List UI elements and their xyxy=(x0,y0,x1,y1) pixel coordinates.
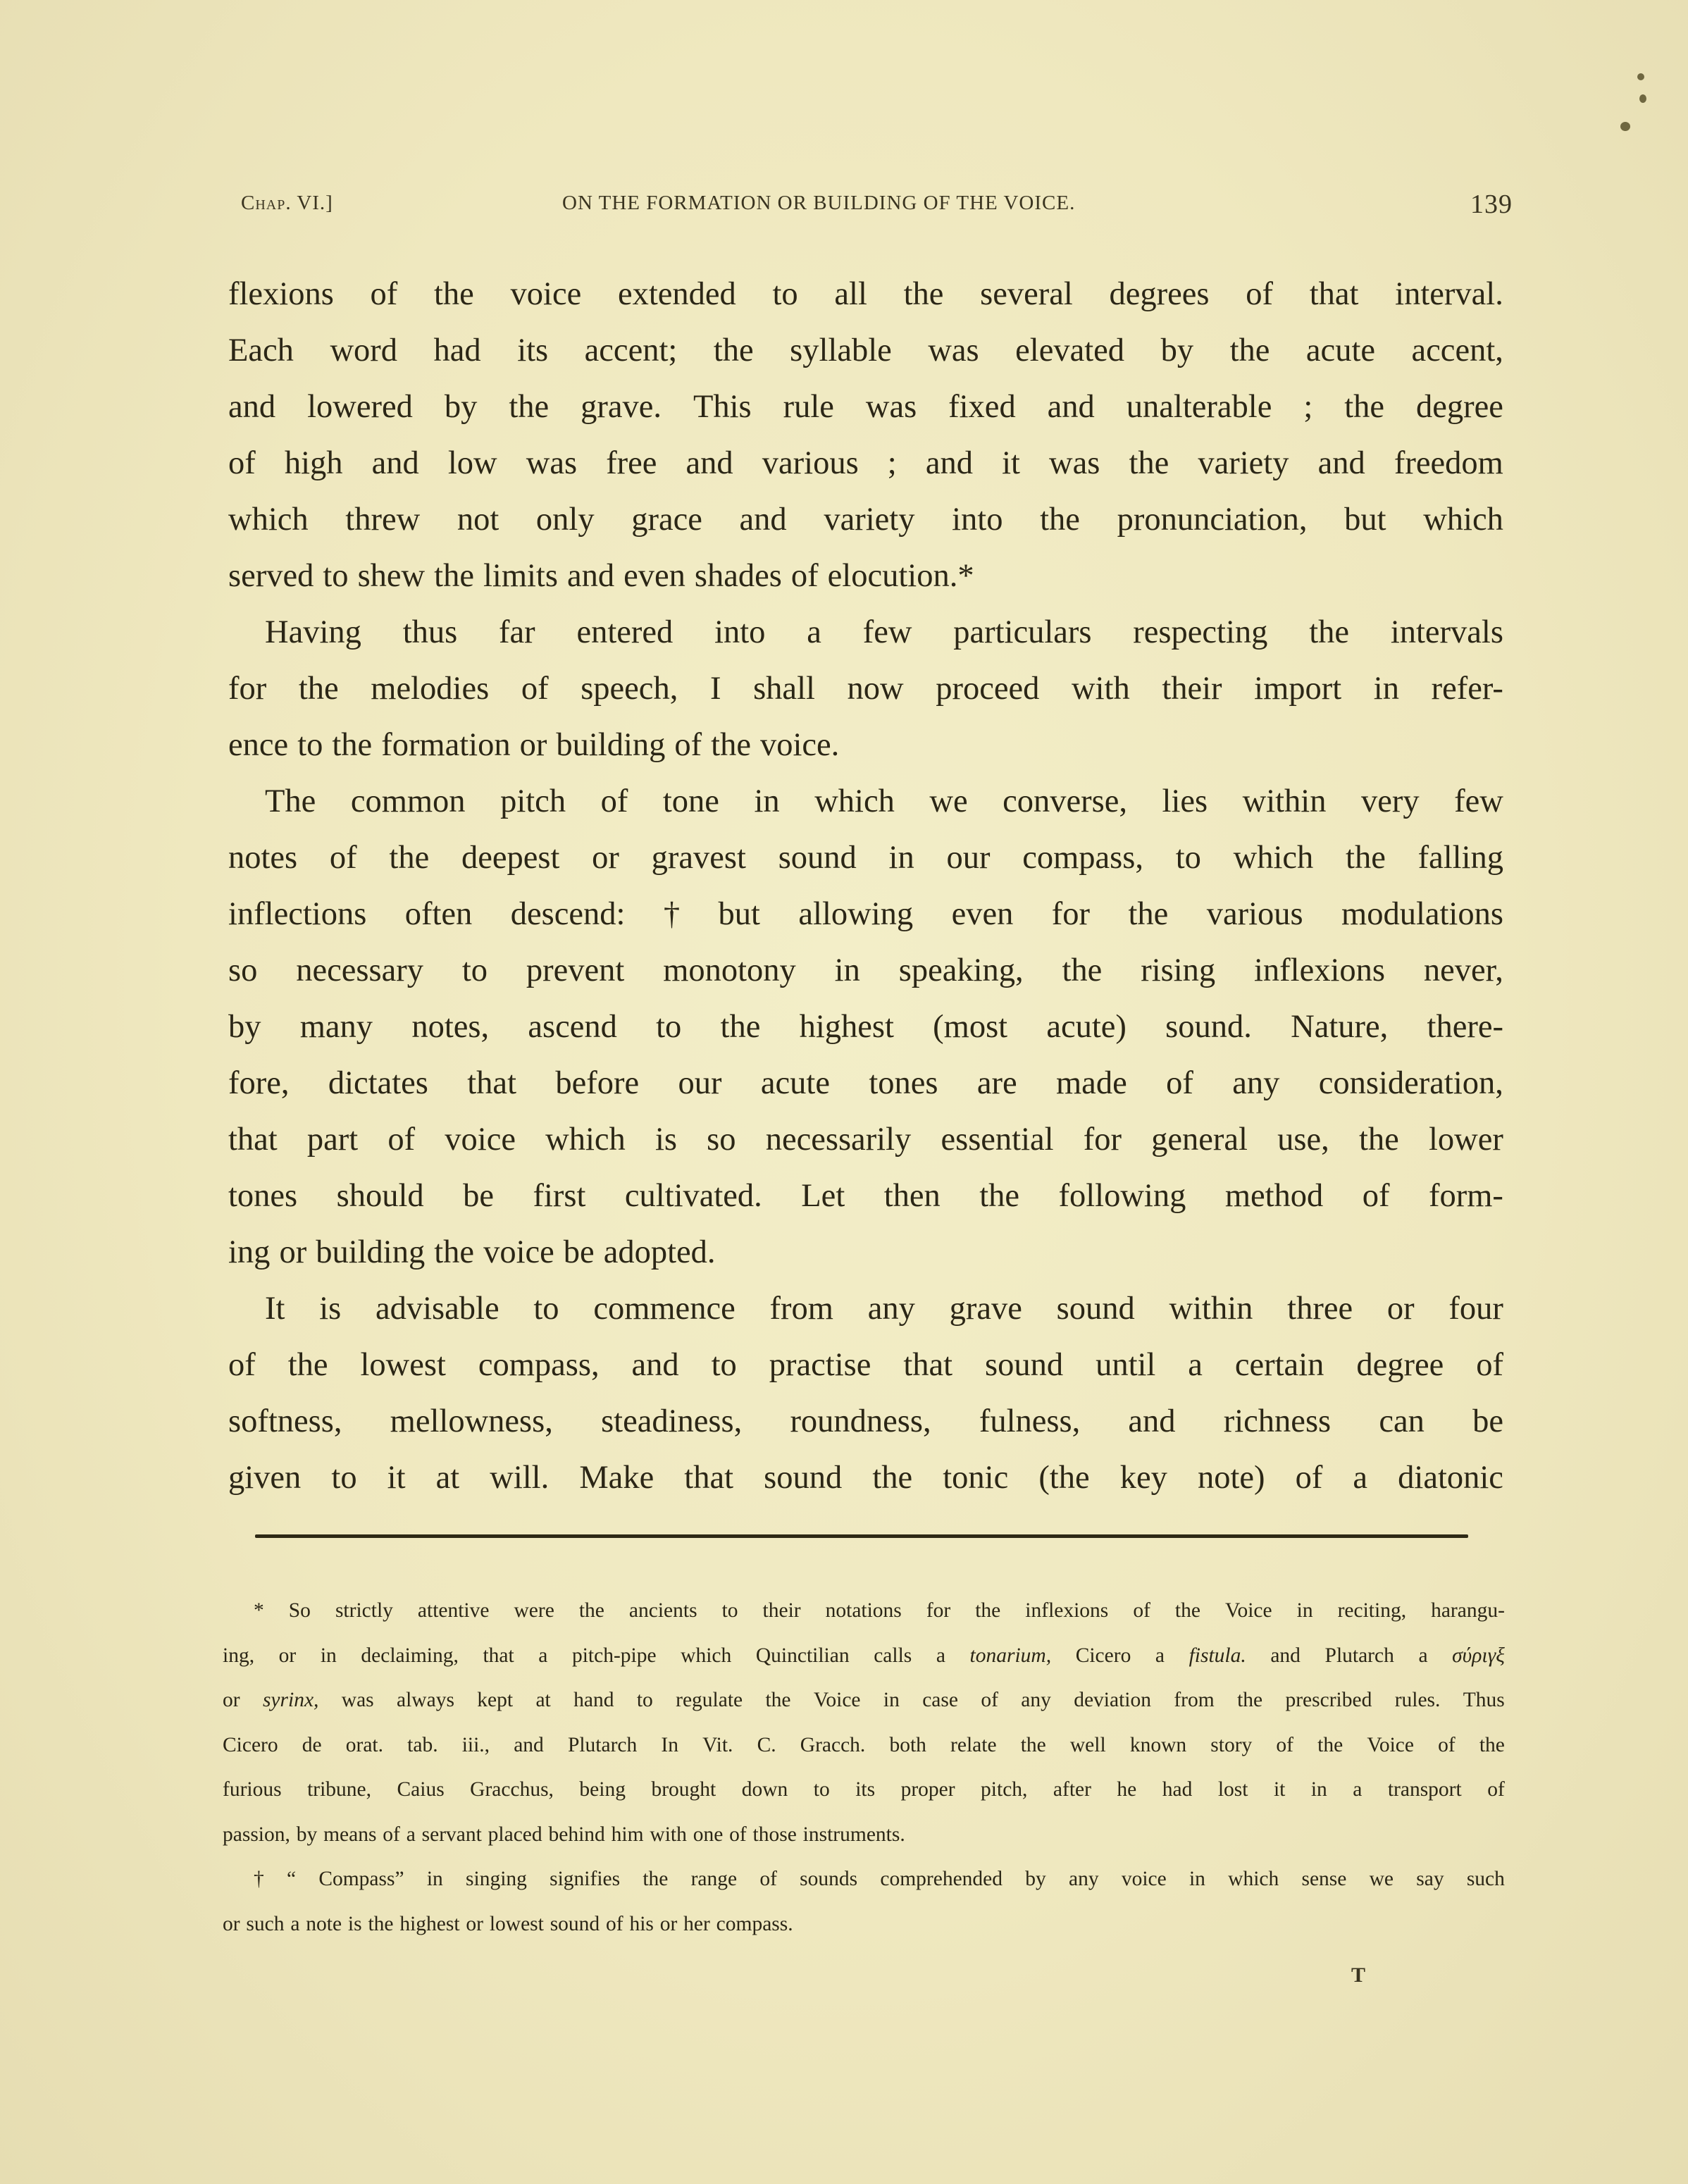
body-word: † xyxy=(664,886,680,943)
body-word: notes, xyxy=(411,999,489,1055)
body-word: falling xyxy=(1418,830,1503,886)
footnote-word: Vit. xyxy=(702,1723,733,1768)
body-word: of xyxy=(674,717,702,774)
body-word: freedom xyxy=(1394,435,1503,492)
footnote-word: Plutarch xyxy=(1325,1634,1394,1679)
body-word: elevated xyxy=(1015,323,1124,379)
body-word: within xyxy=(1169,1281,1253,1337)
body-word: grave xyxy=(950,1281,1022,1337)
body-word: rising xyxy=(1141,943,1215,999)
body-word: tone xyxy=(663,774,719,830)
body-word: of xyxy=(1296,1450,1323,1506)
body-word: very xyxy=(1361,774,1420,830)
footnote-word: of xyxy=(759,1857,777,1902)
body-word: to xyxy=(462,943,488,999)
body-word: ; xyxy=(1303,379,1312,435)
footnote-word: any xyxy=(1069,1857,1099,1902)
chapter-label: Chap. VI.] xyxy=(241,192,333,215)
footnote-word: iii., xyxy=(462,1723,490,1768)
body-word: the xyxy=(711,717,751,774)
body-word: the xyxy=(1359,1112,1399,1168)
body-word: sound xyxy=(778,830,857,886)
footnote-word: known xyxy=(1130,1723,1186,1768)
body-word: and xyxy=(228,379,275,435)
body-word: general xyxy=(1151,1112,1248,1168)
footnote-word: orat. xyxy=(346,1723,383,1768)
body-word: threw xyxy=(345,492,420,548)
body-word: was xyxy=(526,435,577,492)
body-word: rule xyxy=(783,379,834,435)
body-line: Itisadvisabletocommencefromanygravesound… xyxy=(228,1281,1503,1337)
body-word: steadiness, xyxy=(601,1394,742,1450)
footnote-word: story xyxy=(1210,1723,1252,1768)
body-word: speaking, xyxy=(899,943,1024,999)
body-word: several xyxy=(980,266,1073,323)
body-word: the xyxy=(509,379,549,435)
body-word: and xyxy=(1128,1394,1175,1450)
footnote-word: calls xyxy=(874,1634,912,1679)
footnote-line: *Sostrictlyattentiveweretheancientstothe… xyxy=(223,1589,1505,1634)
body-word: low xyxy=(448,435,497,492)
body-word: key xyxy=(1120,1450,1167,1506)
footnote-word: pitch, xyxy=(981,1768,1027,1813)
footnote-word: a xyxy=(407,1813,416,1858)
footnote-word: he xyxy=(1117,1768,1136,1813)
footnote-word: tribune, xyxy=(307,1768,371,1813)
body-word: to xyxy=(656,999,681,1055)
body-word: made xyxy=(1056,1055,1127,1112)
body-word: until xyxy=(1096,1337,1155,1394)
body-word: pronunciation, xyxy=(1117,492,1308,548)
body-word: Each xyxy=(228,323,294,379)
body-word: three xyxy=(1287,1281,1353,1337)
body-line: ingorbuildingthevoicebeadopted. xyxy=(228,1224,1503,1281)
body-word: advisable xyxy=(376,1281,499,1337)
body-word: never, xyxy=(1424,943,1503,999)
footnote-word: regulate xyxy=(676,1678,743,1723)
body-word: building xyxy=(556,717,665,774)
footnote-word: de xyxy=(302,1723,322,1768)
body-word: use, xyxy=(1277,1112,1329,1168)
footnote-line: passion,bymeansofaservantplacedbehindhim… xyxy=(223,1813,1505,1858)
body-word: sound xyxy=(764,1450,842,1506)
footnote-word: to xyxy=(814,1768,830,1813)
body-word: note) xyxy=(1198,1450,1265,1506)
footnote-word: was xyxy=(342,1678,374,1723)
footnote-word: by xyxy=(1025,1857,1046,1902)
footnote-word: * xyxy=(254,1589,264,1634)
footnote-word: a xyxy=(936,1634,945,1679)
body-word: compass, xyxy=(1022,830,1143,886)
body-word: and xyxy=(686,435,733,492)
body-word: cultivated. xyxy=(625,1168,762,1224)
footnote-word: notations xyxy=(826,1589,902,1634)
body-word: speech, xyxy=(581,661,678,717)
body-word: many xyxy=(300,999,373,1055)
body-word: following xyxy=(1059,1168,1186,1224)
footnote-word: a xyxy=(1418,1634,1427,1679)
body-word: and xyxy=(567,548,614,604)
body-line: ofhighandlowwasfreeandvarious;anditwasth… xyxy=(228,435,1503,492)
body-word: It xyxy=(265,1281,285,1337)
page-number: 139 xyxy=(1470,189,1513,220)
body-word: the xyxy=(1062,943,1103,999)
footnote-word: Gracchus, xyxy=(470,1768,554,1813)
body-word: with xyxy=(1072,661,1130,717)
footnote-word: his xyxy=(629,1902,653,1947)
body-word: for xyxy=(1052,886,1090,943)
body-word: the xyxy=(1309,604,1349,661)
body-word: ence xyxy=(228,717,288,774)
footnote-word: the xyxy=(643,1857,668,1902)
body-word: and xyxy=(1048,379,1095,435)
footnote-word: sound xyxy=(550,1902,600,1947)
body-word: before xyxy=(555,1055,639,1112)
body-word: it xyxy=(387,1450,406,1506)
footnote-word: in xyxy=(1297,1589,1313,1634)
footnote-word: a xyxy=(290,1902,299,1947)
footnote-word: or xyxy=(223,1678,240,1723)
body-word: then xyxy=(884,1168,941,1224)
body-word: the xyxy=(1040,492,1080,548)
body-word: four xyxy=(1448,1281,1503,1337)
footnote-word: the xyxy=(765,1678,790,1723)
body-word: Nature, xyxy=(1291,999,1388,1055)
footnote-word: which xyxy=(681,1634,731,1679)
footnote-word: Gracch. xyxy=(800,1723,866,1768)
footnote-word: compass. xyxy=(716,1902,793,1947)
body-word: compass, xyxy=(478,1337,600,1394)
body-word: limits xyxy=(483,548,558,604)
footnote-word: voice xyxy=(1122,1857,1167,1902)
footnote-word: in xyxy=(321,1634,337,1679)
footnote-word: kept xyxy=(477,1678,513,1723)
footnote-word: for xyxy=(926,1589,950,1634)
body-word: of xyxy=(228,1337,256,1394)
body-word: acute) xyxy=(1046,999,1127,1055)
body-word: import xyxy=(1254,661,1341,717)
body-word: by xyxy=(445,379,478,435)
footnote-word: Quinctilian xyxy=(756,1634,850,1679)
body-word: to xyxy=(331,1450,356,1506)
footnote-word: Cicero xyxy=(1076,1634,1131,1679)
body-word: shall xyxy=(753,661,815,717)
body-word: the xyxy=(389,830,429,886)
body-word: necessary xyxy=(296,943,423,999)
footnote-word: with xyxy=(650,1813,686,1858)
body-word: voice xyxy=(445,1112,516,1168)
body-line: Thecommonpitchoftoneinwhichweconverse,li… xyxy=(228,774,1503,830)
footnote-word: sense xyxy=(1301,1857,1346,1902)
footnote-word: the xyxy=(1021,1723,1046,1768)
footnote-word: such xyxy=(1467,1857,1505,1902)
footnote-word: a xyxy=(1353,1768,1362,1813)
footnote-word: of xyxy=(606,1902,623,1947)
paper-speck xyxy=(1637,73,1644,80)
body-word: word xyxy=(330,323,397,379)
footnote-word: and xyxy=(514,1723,544,1768)
body-word: (most xyxy=(933,999,1007,1055)
body-word: mellowness, xyxy=(390,1394,553,1450)
body-word: essential xyxy=(941,1112,1053,1168)
body-word: the xyxy=(434,548,474,604)
body-line: encetotheformationorbuildingofthevoice. xyxy=(228,717,1503,774)
body-word: to xyxy=(1176,830,1201,886)
body-word: that xyxy=(1310,266,1359,323)
footnote-line: orsuchanoteisthehighestorlowestsoundofhi… xyxy=(223,1902,1505,1947)
body-word: the xyxy=(434,266,474,323)
body-word: practise xyxy=(769,1337,871,1394)
footnote-word: from xyxy=(1174,1678,1214,1723)
footnote-word: servant xyxy=(422,1813,482,1858)
footnote-word: to xyxy=(722,1589,738,1634)
footnote-word: any xyxy=(1021,1678,1051,1723)
body-word: various xyxy=(1207,886,1303,943)
body-word: so xyxy=(707,1112,736,1168)
body-line: inflectionsoftendescend:†butallowingeven… xyxy=(228,886,1503,943)
footnote-word: well xyxy=(1070,1723,1106,1768)
footnote-word: is xyxy=(348,1902,362,1947)
footnote-word: furious xyxy=(223,1768,282,1813)
footnote-word: passion, xyxy=(223,1813,290,1858)
footnote-word: Caius xyxy=(397,1768,444,1813)
footnote-word: reciting, xyxy=(1338,1589,1406,1634)
footnote-word: such xyxy=(246,1902,284,1947)
body-word: tonic xyxy=(943,1450,1008,1506)
body-line: fore,dictatesthatbeforeouracutetonesarem… xyxy=(228,1055,1503,1112)
footnote-word: in xyxy=(883,1678,900,1723)
footnote-word: of xyxy=(729,1813,747,1858)
body-word: respecting xyxy=(1133,604,1267,661)
body-word: fixed xyxy=(948,379,1016,435)
footnote-word: their xyxy=(763,1589,801,1634)
body-word: certain xyxy=(1235,1337,1324,1394)
body-word: or xyxy=(592,830,619,886)
body-word: any xyxy=(1232,1055,1279,1112)
paper-speck xyxy=(1620,122,1630,131)
footnote-word: to xyxy=(637,1678,653,1723)
footnote-word: in xyxy=(427,1857,443,1902)
footnote-word: In xyxy=(661,1723,678,1768)
body-word: adopted. xyxy=(604,1224,716,1281)
body-word: commence xyxy=(593,1281,735,1337)
body-line: tonesshouldbefirstcultivated.Letthenthef… xyxy=(228,1168,1503,1224)
body-word: lowest xyxy=(360,1337,445,1394)
body-word: shew xyxy=(358,548,426,604)
footnote-word: which xyxy=(1228,1857,1279,1902)
body-word: should xyxy=(337,1168,424,1224)
body-word: we xyxy=(929,774,967,830)
body-word: the xyxy=(1128,886,1168,943)
footnote-word: one xyxy=(693,1813,724,1858)
footnote-word: case xyxy=(922,1678,958,1723)
footnote-word: syrinx, xyxy=(263,1678,318,1723)
body-word: and xyxy=(632,1337,679,1394)
body-word: of xyxy=(601,774,628,830)
body-line: whichthrewnotonlygraceandvarietyintothep… xyxy=(228,492,1503,548)
body-line: forthemelodiesofspeech,Ishallnowproceedw… xyxy=(228,661,1503,717)
body-word: tones xyxy=(869,1055,938,1112)
body-word: of xyxy=(1476,1337,1503,1394)
body-word: in xyxy=(754,774,779,830)
body-word: which xyxy=(545,1112,626,1168)
body-word: but xyxy=(1344,492,1386,548)
body-word: formation xyxy=(381,717,510,774)
body-word: Having xyxy=(265,604,361,661)
footnote-word: of xyxy=(1276,1723,1293,1768)
body-word: which xyxy=(1234,830,1314,886)
body-word: served xyxy=(228,548,314,604)
body-word: degrees xyxy=(1110,266,1210,323)
body-word: of xyxy=(1166,1055,1193,1112)
footnote-word: instruments. xyxy=(803,1813,905,1858)
body-word: particulars xyxy=(953,604,1091,661)
footnote-word: lost xyxy=(1218,1768,1248,1813)
footnote-word: or xyxy=(279,1634,297,1679)
body-line: ofthelowestcompass,andtopractisethatsoun… xyxy=(228,1337,1503,1394)
body-word: to xyxy=(297,717,323,774)
body-word: it xyxy=(1002,435,1020,492)
body-word: shades xyxy=(695,548,782,604)
scanned-book-page: Chap. VI.] ON THE FORMATION OR BUILDING … xyxy=(0,0,1688,2184)
body-word: elocution.* xyxy=(828,548,974,604)
body-word: fore, xyxy=(228,1055,289,1112)
footnote-word: note xyxy=(306,1902,342,1947)
body-word: only xyxy=(536,492,595,548)
body-word: the xyxy=(1230,323,1270,379)
body-word: was xyxy=(866,379,917,435)
body-word: our xyxy=(946,830,990,886)
footnote-word: Cicero xyxy=(223,1723,278,1768)
body-word: for xyxy=(228,661,266,717)
body-word: I xyxy=(710,661,721,717)
body-word: which xyxy=(1423,492,1503,548)
footnote-word: † xyxy=(254,1857,264,1902)
body-word: proceed xyxy=(936,661,1039,717)
footnote-word: we xyxy=(1370,1857,1394,1902)
body-word: is xyxy=(319,1281,341,1337)
body-word: interval. xyxy=(1395,266,1503,323)
body-word: in xyxy=(1374,661,1399,717)
body-word: the xyxy=(979,1168,1019,1224)
body-word: few xyxy=(1454,774,1503,830)
body-word: acute xyxy=(1306,323,1375,379)
body-word: our xyxy=(678,1055,722,1112)
body-word: into xyxy=(952,492,1003,548)
body-word: method xyxy=(1225,1168,1323,1224)
body-line: andloweredbythegrave.Thisrulewasfixedand… xyxy=(228,379,1503,435)
body-word: common xyxy=(351,774,466,830)
body-word: gravest xyxy=(652,830,746,886)
body-word: acute xyxy=(761,1055,830,1112)
body-word: but xyxy=(719,886,760,943)
footnote-word: of xyxy=(981,1678,998,1723)
body-word: often xyxy=(405,886,473,943)
body-word: which xyxy=(228,492,309,548)
body-word: (the xyxy=(1038,1450,1089,1506)
body-word: of xyxy=(1246,266,1273,323)
body-word: that xyxy=(467,1055,516,1112)
footnote-word: So xyxy=(289,1589,311,1634)
footnote-word: Plutarch xyxy=(568,1723,637,1768)
body-word: a xyxy=(807,604,821,661)
body-word: voice xyxy=(483,1224,554,1281)
body-word: converse, xyxy=(1003,774,1127,830)
footnote-word: transport xyxy=(1388,1768,1462,1813)
body-word: few xyxy=(863,604,912,661)
body-word: Let xyxy=(801,1168,845,1224)
footnote-rule xyxy=(255,1534,1468,1538)
body-word: intervals xyxy=(1391,604,1503,661)
footnote-word: C. xyxy=(757,1723,776,1768)
body-word: degree xyxy=(1356,1337,1444,1394)
body-word: various xyxy=(762,435,859,492)
body-word: The xyxy=(265,774,316,830)
footnote-word: in xyxy=(1189,1857,1205,1902)
body-word: building xyxy=(316,1224,425,1281)
body-line: softness,mellowness,steadiness,roundness… xyxy=(228,1394,1503,1450)
body-word: there- xyxy=(1427,999,1503,1055)
body-word: was xyxy=(928,323,979,379)
body-line: servedtoshewthelimitsandevenshadesofeloc… xyxy=(228,548,1503,604)
body-word: tones xyxy=(228,1168,297,1224)
footnote-word: the xyxy=(1175,1589,1200,1634)
body-word: the xyxy=(904,266,944,323)
body-word: flexions xyxy=(228,266,334,323)
body-line: notesofthedeepestorgravestsoundinourcomp… xyxy=(228,830,1503,886)
body-word: and xyxy=(372,435,419,492)
footnote-word: behind xyxy=(549,1813,605,1858)
body-word: fulness, xyxy=(979,1394,1080,1450)
footnote-word: a xyxy=(1155,1634,1165,1679)
footnote-word: Voice xyxy=(1225,1589,1272,1634)
body-line: thatpartofvoicewhichissonecessarilyessen… xyxy=(228,1112,1503,1168)
footnote-word: signifies xyxy=(550,1857,620,1902)
footnote-word: the xyxy=(1237,1678,1262,1723)
footnote-word: brought xyxy=(651,1768,716,1813)
footnote-word: tonarium, xyxy=(970,1634,1052,1679)
footnote-word: “ xyxy=(287,1857,296,1902)
body-word: from xyxy=(770,1281,833,1337)
body-word: inflections xyxy=(228,886,366,943)
body-word: the xyxy=(1346,830,1386,886)
body-word: be xyxy=(463,1168,494,1224)
body-word: for xyxy=(1084,1112,1122,1168)
body-word: unalterable xyxy=(1127,379,1272,435)
body-word: of xyxy=(791,548,819,604)
footnote-word: lowest xyxy=(490,1902,544,1947)
body-word: any xyxy=(868,1281,915,1337)
footnote-word: the xyxy=(368,1902,393,1947)
body-word: This xyxy=(693,379,752,435)
footnote-word: her xyxy=(683,1902,710,1947)
body-word: of xyxy=(387,1112,415,1168)
footnote-word: comprehended xyxy=(880,1857,1003,1902)
footnote-word: the xyxy=(1317,1723,1343,1768)
body-word: the xyxy=(714,323,754,379)
body-word: diatonic xyxy=(1398,1450,1503,1506)
body-word: modulations xyxy=(1341,886,1503,943)
body-text: flexionsofthevoiceextendedtoallthesevera… xyxy=(228,266,1503,1506)
body-word: the xyxy=(288,1337,328,1394)
body-word: are xyxy=(977,1055,1017,1112)
footnote-word: hand xyxy=(573,1678,614,1723)
footnote-word: it xyxy=(1274,1768,1285,1813)
footnote-word: attentive xyxy=(418,1589,490,1634)
footnotes: *Sostrictlyattentiveweretheancientstothe… xyxy=(223,1589,1505,1947)
body-line: Havingthusfarenteredintoafewparticularsr… xyxy=(228,604,1503,661)
body-word: of xyxy=(1363,1168,1390,1224)
